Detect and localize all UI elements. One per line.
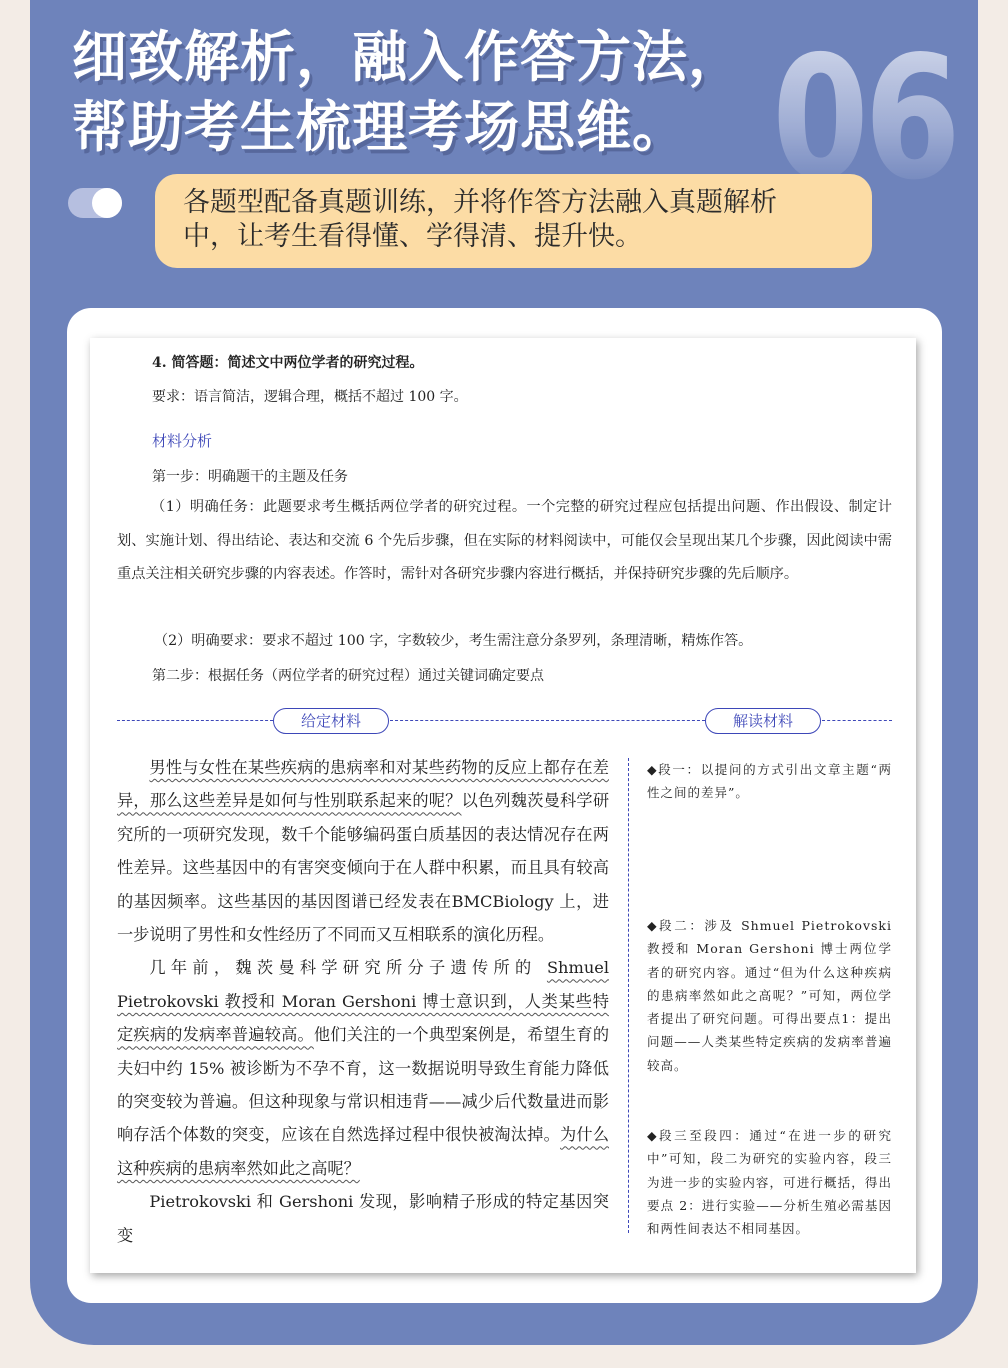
- paragraph-text: 几年前，魏茨曼科学研究所分子遗传所的: [149, 958, 547, 977]
- task-two: （2）明确要求：要求不超过 100 字，字数较少，考生需注意分条罗列，条理清晰，…: [117, 625, 892, 659]
- toggle-icon: [68, 188, 122, 218]
- dashed-line: [390, 720, 705, 721]
- question-title: 4. 简答题：简述文中两位学者的研究过程。: [152, 352, 424, 372]
- section-title: 材料分析: [152, 430, 212, 451]
- question-requirement: 要求：语言简洁，逻辑合理，概括不超过 100 字。: [152, 386, 468, 406]
- material-paragraph-3: Pietrokovski 和 Gershoni 发现，影响精子形成的特定基因突变: [117, 1185, 609, 1252]
- callout-box: 各题型配备真题训练，并将作答方法融入真题解析 中，让考生看得懂、学得清、提升快。: [155, 174, 872, 268]
- task-one: （1）明确任务：此题要求考生概括两位学者的研究过程。一个完整的研究过程应包括提出…: [117, 491, 892, 592]
- material-paragraph-2: 几年前，魏茨曼科学研究所分子遗传所的 Shmuel Pietrokovski 教…: [117, 951, 609, 1185]
- dashed-line: [822, 720, 892, 721]
- material-paragraph-1: 男性与女性在某些疾病的患病率和对某些药物的反应上都存在差异，那么这些差异是如何与…: [117, 751, 609, 951]
- section-divider: 给定材料 解读材料: [117, 708, 892, 734]
- headline-line-2: 帮助考生梳理考场思维。: [72, 92, 744, 162]
- toggle-knob: [92, 188, 122, 218]
- note-paragraph-3-4: ◆段三至段四：通过“在进一步的研究中”可知，段二为研究的实验内容，段三为进一步的…: [647, 1124, 892, 1240]
- given-material-text: 男性与女性在某些疾病的患病率和对某些药物的反应上都存在差异，那么这些差异是如何与…: [117, 751, 609, 1252]
- paragraph-text: 以色列魏茨曼科学研究所的一项研究发现，数千个能够编码蛋白质基因的表达情况存在两性…: [117, 791, 609, 944]
- interpretation-label: 解读材料: [705, 708, 821, 734]
- dashed-line: [117, 720, 273, 721]
- headline: 细致解析，融入作答方法， 帮助考生梳理考场思维。: [72, 22, 744, 162]
- note-paragraph-2: ◆段二：涉及 Shmuel Pietrokovski 教授和 Moran Ger…: [647, 914, 892, 1077]
- section-number-watermark: 06: [772, 44, 956, 194]
- step-two: 第二步：根据任务（两位学者的研究过程）通过关键词确定要点: [152, 665, 544, 685]
- content-card: 4. 简答题：简述文中两位学者的研究过程。 要求：语言简洁，逻辑合理，概括不超过…: [67, 308, 942, 1303]
- note-paragraph-1: ◆段一：以提问的方式引出文章主题“两性之间的差异”。: [647, 758, 892, 805]
- callout-line-1: 各题型配备真题训练，并将作答方法融入真题解析: [183, 186, 872, 220]
- callout-line-2: 中，让考生看得懂、学得清、提升快。: [183, 220, 872, 254]
- given-material-label: 给定材料: [273, 708, 389, 734]
- headline-line-1: 细致解析，融入作答方法，: [72, 22, 744, 92]
- scanned-page: 4. 简答题：简述文中两位学者的研究过程。 要求：语言简洁，逻辑合理，概括不超过…: [90, 338, 916, 1273]
- column-separator: [628, 758, 629, 1233]
- step-one: 第一步：明确题干的主题及任务: [152, 466, 348, 486]
